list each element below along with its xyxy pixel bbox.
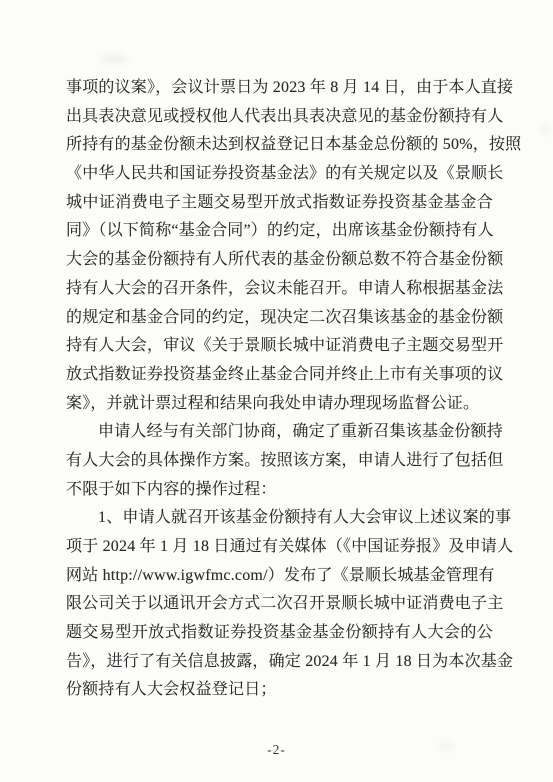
text-line: 放式指数证券投资基金终止基金合同并终止上市有关事项的议 bbox=[66, 361, 493, 390]
text-line: 网站 http://www.igwfmc.com/）发布了《景顺长城基金管理有 bbox=[66, 562, 493, 591]
text-line: 出具表决意见或授权他人代表出具表决意见的基金份额持有人 bbox=[66, 103, 493, 132]
text-line: 所持有的基金份额未达到权益登记日本基金总份额的 50%，按照 bbox=[66, 131, 493, 160]
text-line: 1、申请人就召开该基金份额持有人大会审议上述议案的事 bbox=[66, 504, 493, 533]
text-line: 有人大会的具体操作方案。按照该方案，申请人进行了包括但 bbox=[66, 447, 493, 476]
text-line: 《中华人民共和国证券投资基金法》的有关规定以及《景顺长 bbox=[66, 160, 493, 189]
text-line: 不限于如下内容的操作过程： bbox=[66, 476, 493, 505]
scan-smudge bbox=[100, 54, 128, 64]
text-line: 申请人经与有关部门协商，确定了重新召集该基金份额持 bbox=[66, 418, 493, 447]
text-line: 案》，并就计票过程和结果向我处申请办理现场监督公证。 bbox=[66, 390, 493, 419]
text-line: 同》（以下简称“基金合同”）的约定，出席该基金份额持有人 bbox=[66, 217, 493, 246]
text-line: 份额持有人大会权益登记日； bbox=[66, 676, 493, 705]
text-line: 的规定和基金合同的约定，现决定二次召集该基金的基金份额 bbox=[66, 304, 493, 333]
text-line: 事项的议案》，会议计票日为 2023 年 8 月 14 日，由于本人直接 bbox=[66, 74, 493, 103]
text-line: 题交易型开放式指数证券投资基金基金份额持有人大会的公 bbox=[66, 619, 493, 648]
page-number: -2- bbox=[0, 742, 553, 758]
text-line: 告》，进行了有关信息披露，确定 2024 年 1 月 18 日为本次基金 bbox=[66, 648, 493, 677]
text-line: 大会的基金份额持有人所代表的基金份额总数不符合基金份额 bbox=[66, 246, 493, 275]
document-page: 事项的议案》，会议计票日为 2023 年 8 月 14 日，由于本人直接出具表决… bbox=[0, 0, 553, 782]
text-line: 限公司关于以通讯开会方式二次召开景顺长城中证消费电子主 bbox=[66, 590, 493, 619]
scan-smudge bbox=[540, 126, 550, 134]
text-line: 项于 2024 年 1 月 18 日通过有关媒体（《中国证券报》及申请人 bbox=[66, 533, 493, 562]
text-line: 持有人大会的召开条件，会议未能召开。申请人称根据基金法 bbox=[66, 275, 493, 304]
document-body: 事项的议案》，会议计票日为 2023 年 8 月 14 日，由于本人直接出具表决… bbox=[66, 74, 493, 705]
text-line: 城中证消费电子主题交易型开放式指数证券投资基金基金合 bbox=[66, 189, 493, 218]
text-line: 持有人大会，审议《关于景顺长城中证消费电子主题交易型开 bbox=[66, 332, 493, 361]
